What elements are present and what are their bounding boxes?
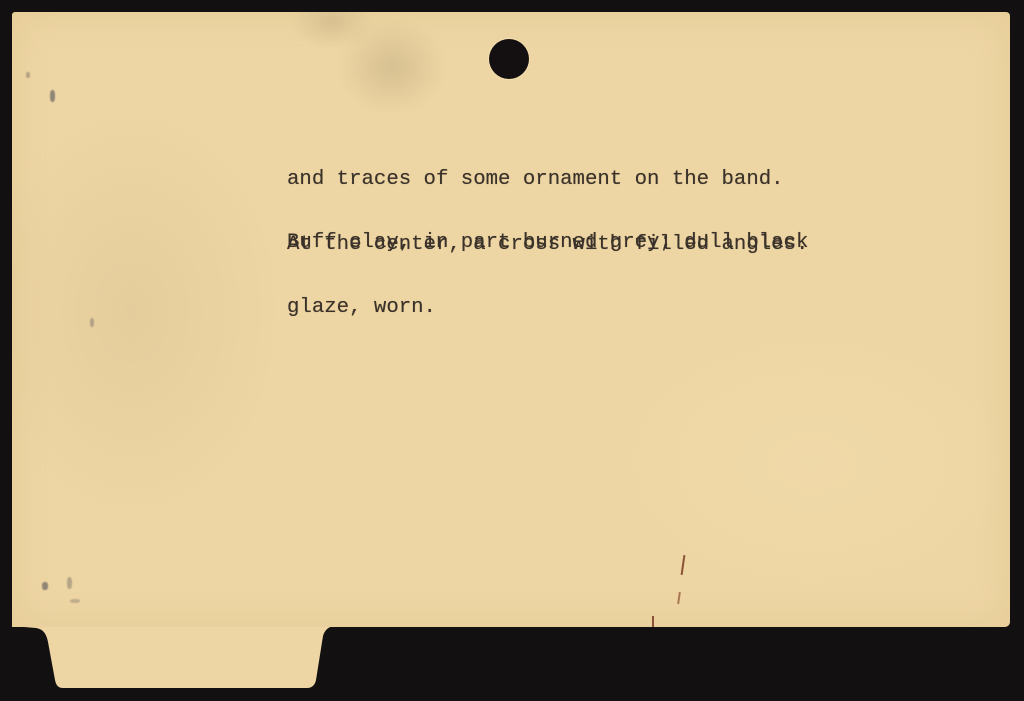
scratch-mark xyxy=(681,555,686,575)
text-line: and traces of some ornament on the band. xyxy=(287,169,808,191)
stain-mark xyxy=(67,577,72,589)
text-line: glaze, worn. xyxy=(287,297,808,319)
scratch-mark xyxy=(677,592,681,604)
material-paragraph: Buff clay, in part burned grey; dull bla… xyxy=(287,189,808,361)
scratch-mark xyxy=(652,616,654,627)
stain-mark xyxy=(90,318,94,327)
stain-mark xyxy=(26,72,30,78)
stain-mark xyxy=(50,90,55,102)
stain-mark xyxy=(70,599,80,603)
scan-background: and traces of some ornament on the band.… xyxy=(0,0,1024,701)
text-line: Buff clay, in part burned grey; dull bla… xyxy=(287,232,808,254)
card-bottom-tab xyxy=(18,620,338,690)
punch-hole xyxy=(489,39,529,79)
stain-mark xyxy=(42,582,48,590)
